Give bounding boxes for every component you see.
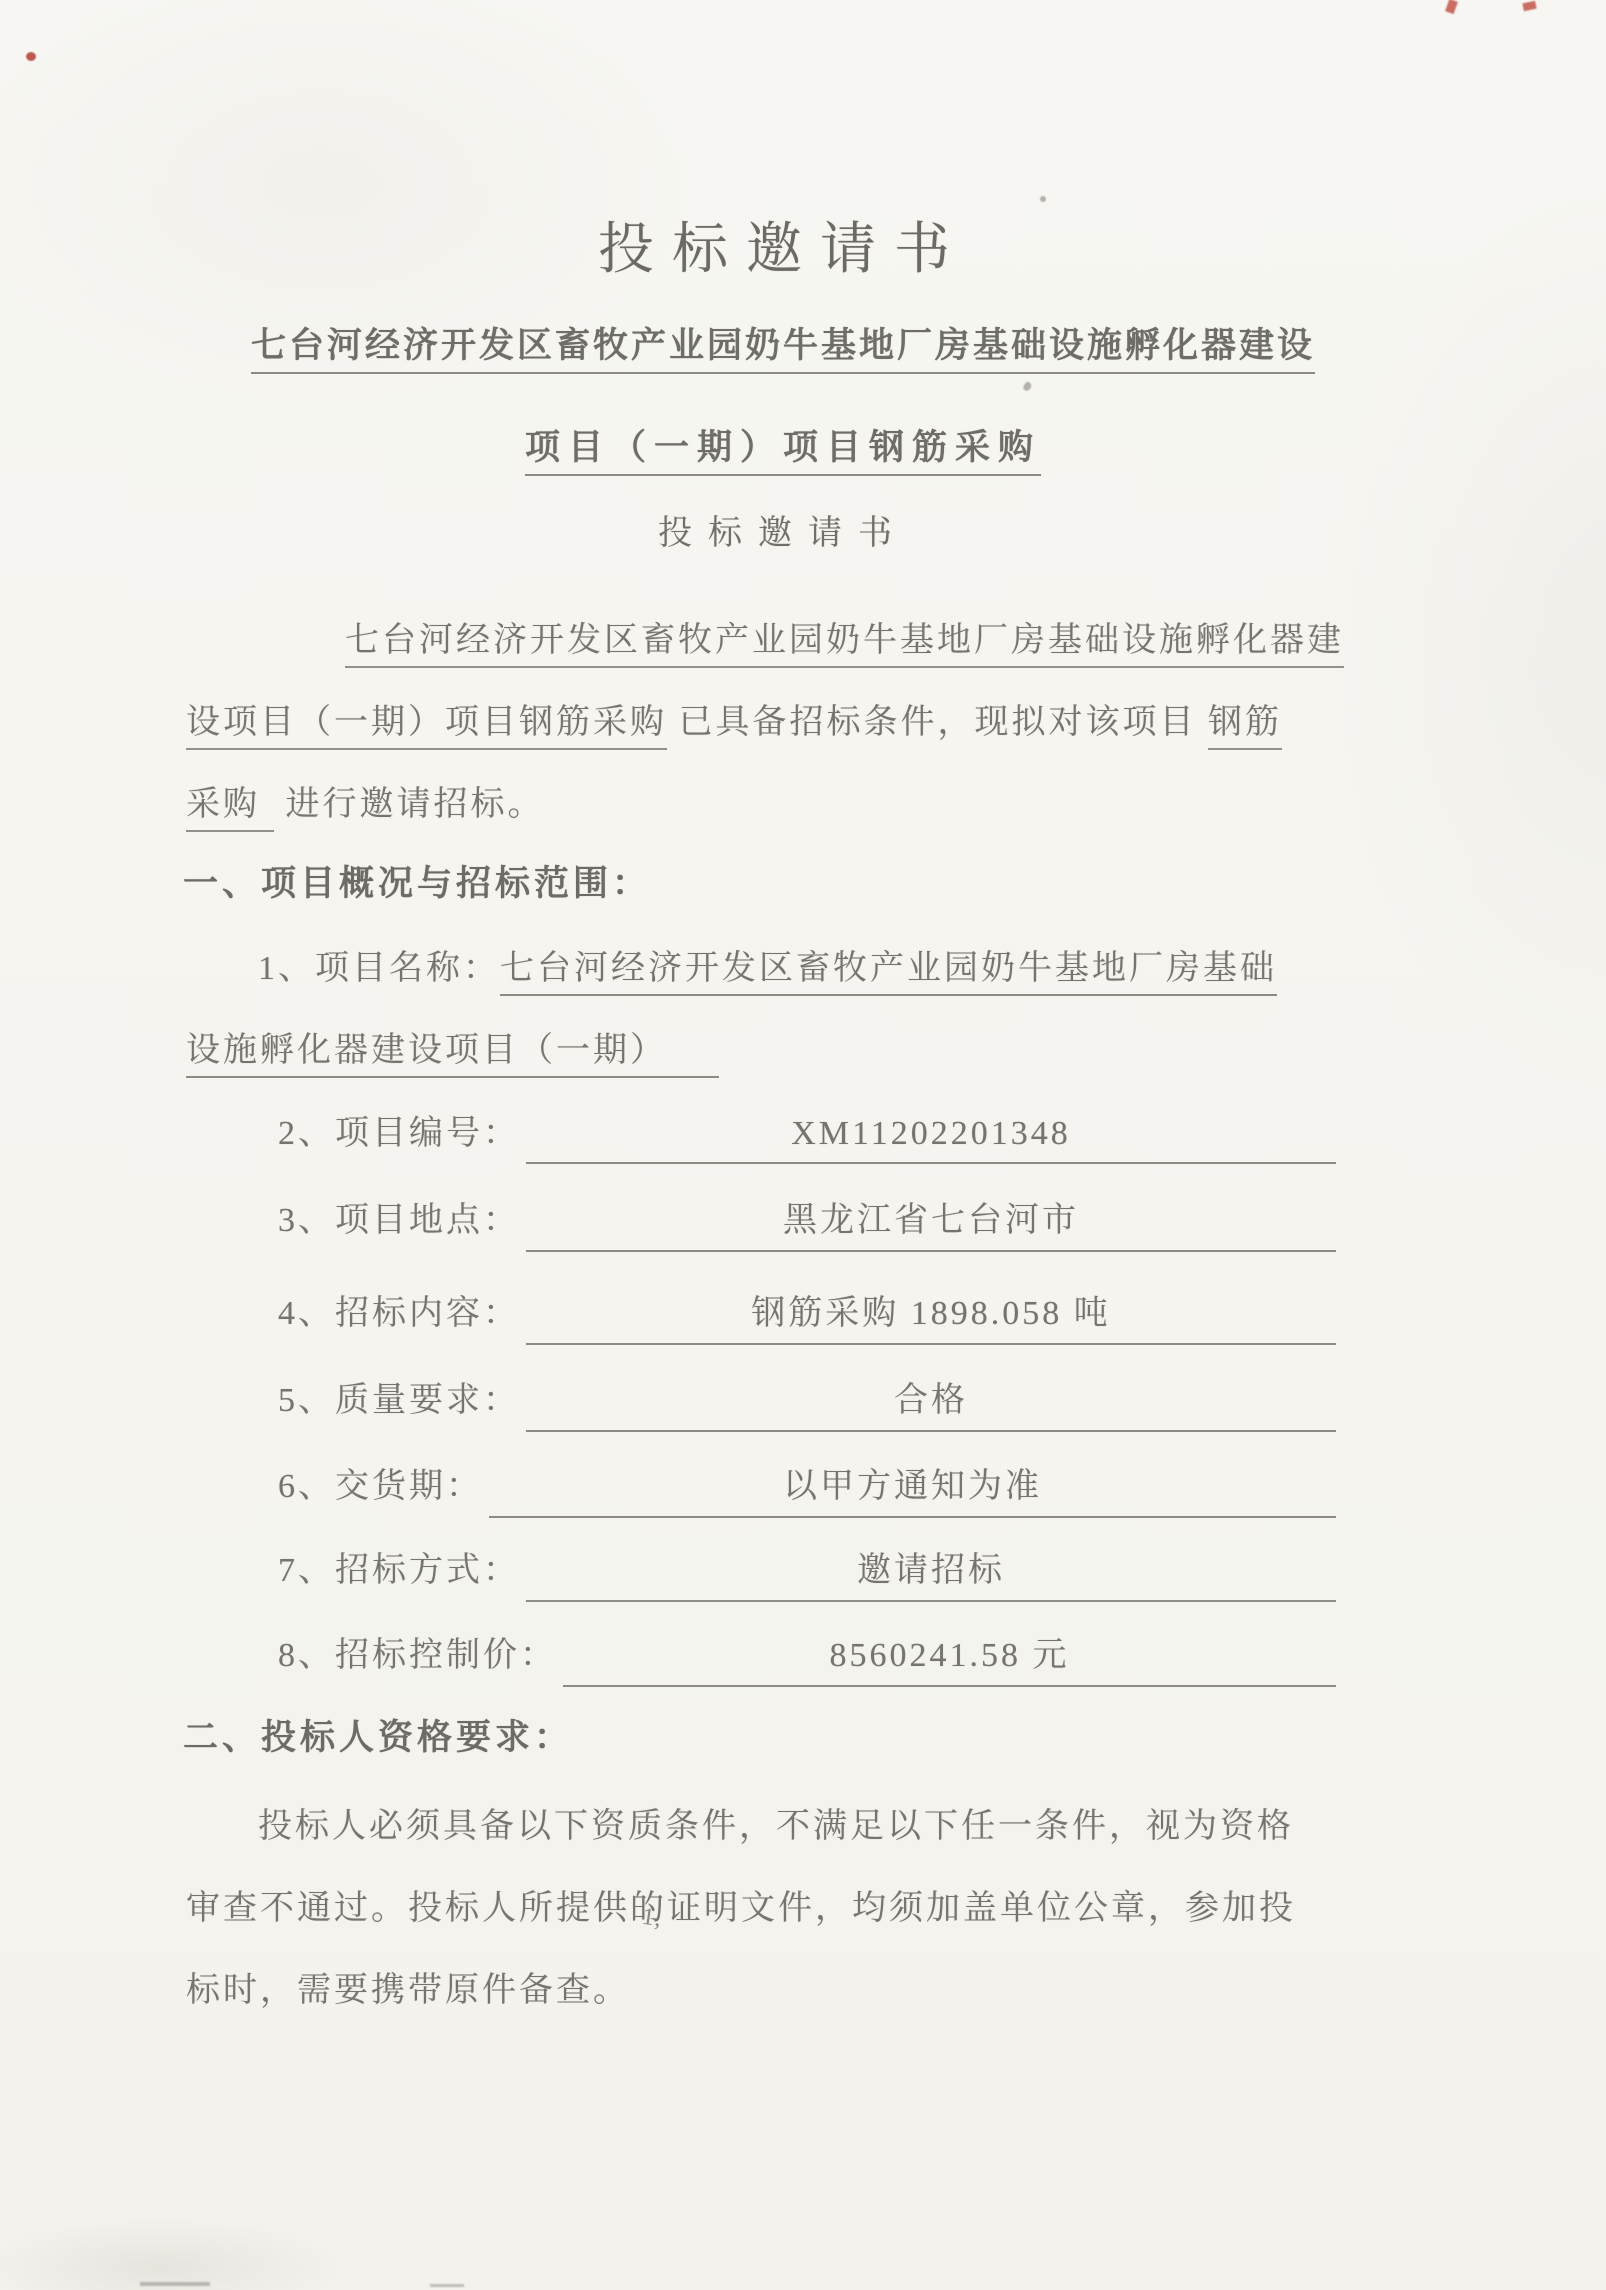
item-1-value-line-2: 设施孵化器建设项目（一期） — [186, 1032, 719, 1078]
intro-line-2-underlined: 设项目（一期）项目钢筋采购 — [186, 704, 667, 750]
project-subtitle-line-2: 项目（一期）项目钢筋采购 — [193, 420, 1373, 470]
item-1-value-line-1: 七台河经济开发区畜牧产业园奶牛基地厂房基础 — [500, 950, 1277, 996]
red-ink-dot — [26, 52, 36, 61]
section-2-heading: 二、投标人资格要求： — [183, 1710, 573, 1760]
project-subtitle-line-2-text: 项目（一期）项目钢筋采购 — [525, 428, 1041, 476]
item-4-label: 4、招标内容： — [278, 1285, 526, 1334]
document-subheading: 投标邀请书 — [193, 505, 1373, 554]
item-5-label: 5、质量要求： — [278, 1372, 526, 1421]
item-8-value: 8560241.58 元 — [563, 1627, 1336, 1687]
qualification-para-line-2: 审查不通过。投标人所提供的证明文件，均须加盖单位公章，参加投 — [186, 1880, 1296, 1929]
item-8-label: 8、招标控制价： — [278, 1627, 563, 1676]
item-3-value: 黑龙江省七台河市 — [526, 1192, 1336, 1252]
intro-line-1: 七台河经济开发区畜牧产业园奶牛基地厂房基础设施孵化器建 — [345, 612, 1344, 661]
red-ink-mark — [1445, 0, 1458, 14]
item-7-value: 邀请招标 — [526, 1542, 1336, 1602]
item-row-project-number: 2、项目编号： XM11202201348 — [278, 1105, 1336, 1164]
item-3-label: 3、项目地点： — [278, 1192, 526, 1241]
item-row-quality-requirement: 5、质量要求： 合格 — [278, 1372, 1336, 1432]
item-1-line-2: 设施孵化器建设项目（一期） — [186, 1022, 719, 1071]
qualification-para-line-1: 投标人必须具备以下资质条件，不满足以下任一条件，视为资格 — [258, 1798, 1294, 1847]
project-subtitle-line-1: 七台河经济开发区畜牧产业园奶牛基地厂房基础设施孵化器建设 — [193, 318, 1373, 368]
item-row-tender-content: 4、招标内容： 钢筋采购 1898.058 吨 — [278, 1285, 1336, 1345]
intro-line-1-underlined: 七台河经济开发区畜牧产业园奶牛基地厂房基础设施孵化器建 — [345, 622, 1344, 668]
scan-edge-mark — [430, 2284, 464, 2287]
item-5-value: 合格 — [526, 1372, 1336, 1432]
scanned-document-page: 1, 投标邀请书 七台河经济开发区畜牧产业园奶牛基地厂房基础设施孵化器建设 项目… — [0, 0, 1606, 2290]
item-row-project-location: 3、项目地点： 黑龙江省七台河市 — [278, 1192, 1336, 1252]
section-1-heading: 一、项目概况与招标范围： — [183, 856, 651, 906]
item-4-value: 钢筋采购 1898.058 吨 — [526, 1285, 1336, 1345]
intro-line-2-plain: 已具备招标条件，现拟对该项目 — [667, 704, 1208, 741]
item-1-line-1: 1、项目名称：七台河经济开发区畜牧产业园奶牛基地厂房基础 — [258, 940, 1277, 989]
item-row-tender-method: 7、招标方式： 邀请招标 — [278, 1542, 1336, 1602]
scan-edge-mark — [140, 2282, 210, 2286]
scan-speck — [1022, 381, 1033, 392]
red-ink-mark — [1522, 1, 1536, 12]
intro-line-3-underlined: 采购 — [186, 786, 274, 832]
document-title: 投标邀请书 — [193, 205, 1373, 285]
project-subtitle-line-1-text: 七台河经济开发区畜牧产业园奶牛基地厂房基础设施孵化器建设 — [251, 326, 1315, 374]
intro-line-3: 采购 进行邀请招标。 — [186, 776, 545, 825]
item-7-label: 7、招标方式： — [278, 1542, 526, 1591]
intro-line-2-underlined-tail: 钢筋 — [1208, 704, 1282, 750]
intro-line-2: 设项目（一期）项目钢筋采购 已具备招标条件，现拟对该项目 钢筋 — [186, 694, 1282, 743]
intro-line-3-plain: 进行邀请招标。 — [274, 786, 545, 823]
item-6-label: 6、交货期： — [278, 1458, 489, 1507]
qualification-para-line-3: 标时，需要携带原件备查。 — [186, 1962, 630, 2011]
item-2-label: 2、项目编号： — [278, 1105, 526, 1154]
item-row-delivery-date: 6、交货期： 以甲方通知为准 — [278, 1458, 1336, 1518]
item-1-label: 1、项目名称： — [258, 950, 500, 987]
item-6-value: 以甲方通知为准 — [489, 1458, 1336, 1518]
item-row-control-price: 8、招标控制价： 8560241.58 元 — [278, 1627, 1336, 1687]
scan-speck — [1040, 196, 1046, 202]
item-2-value: XM11202201348 — [526, 1115, 1336, 1164]
